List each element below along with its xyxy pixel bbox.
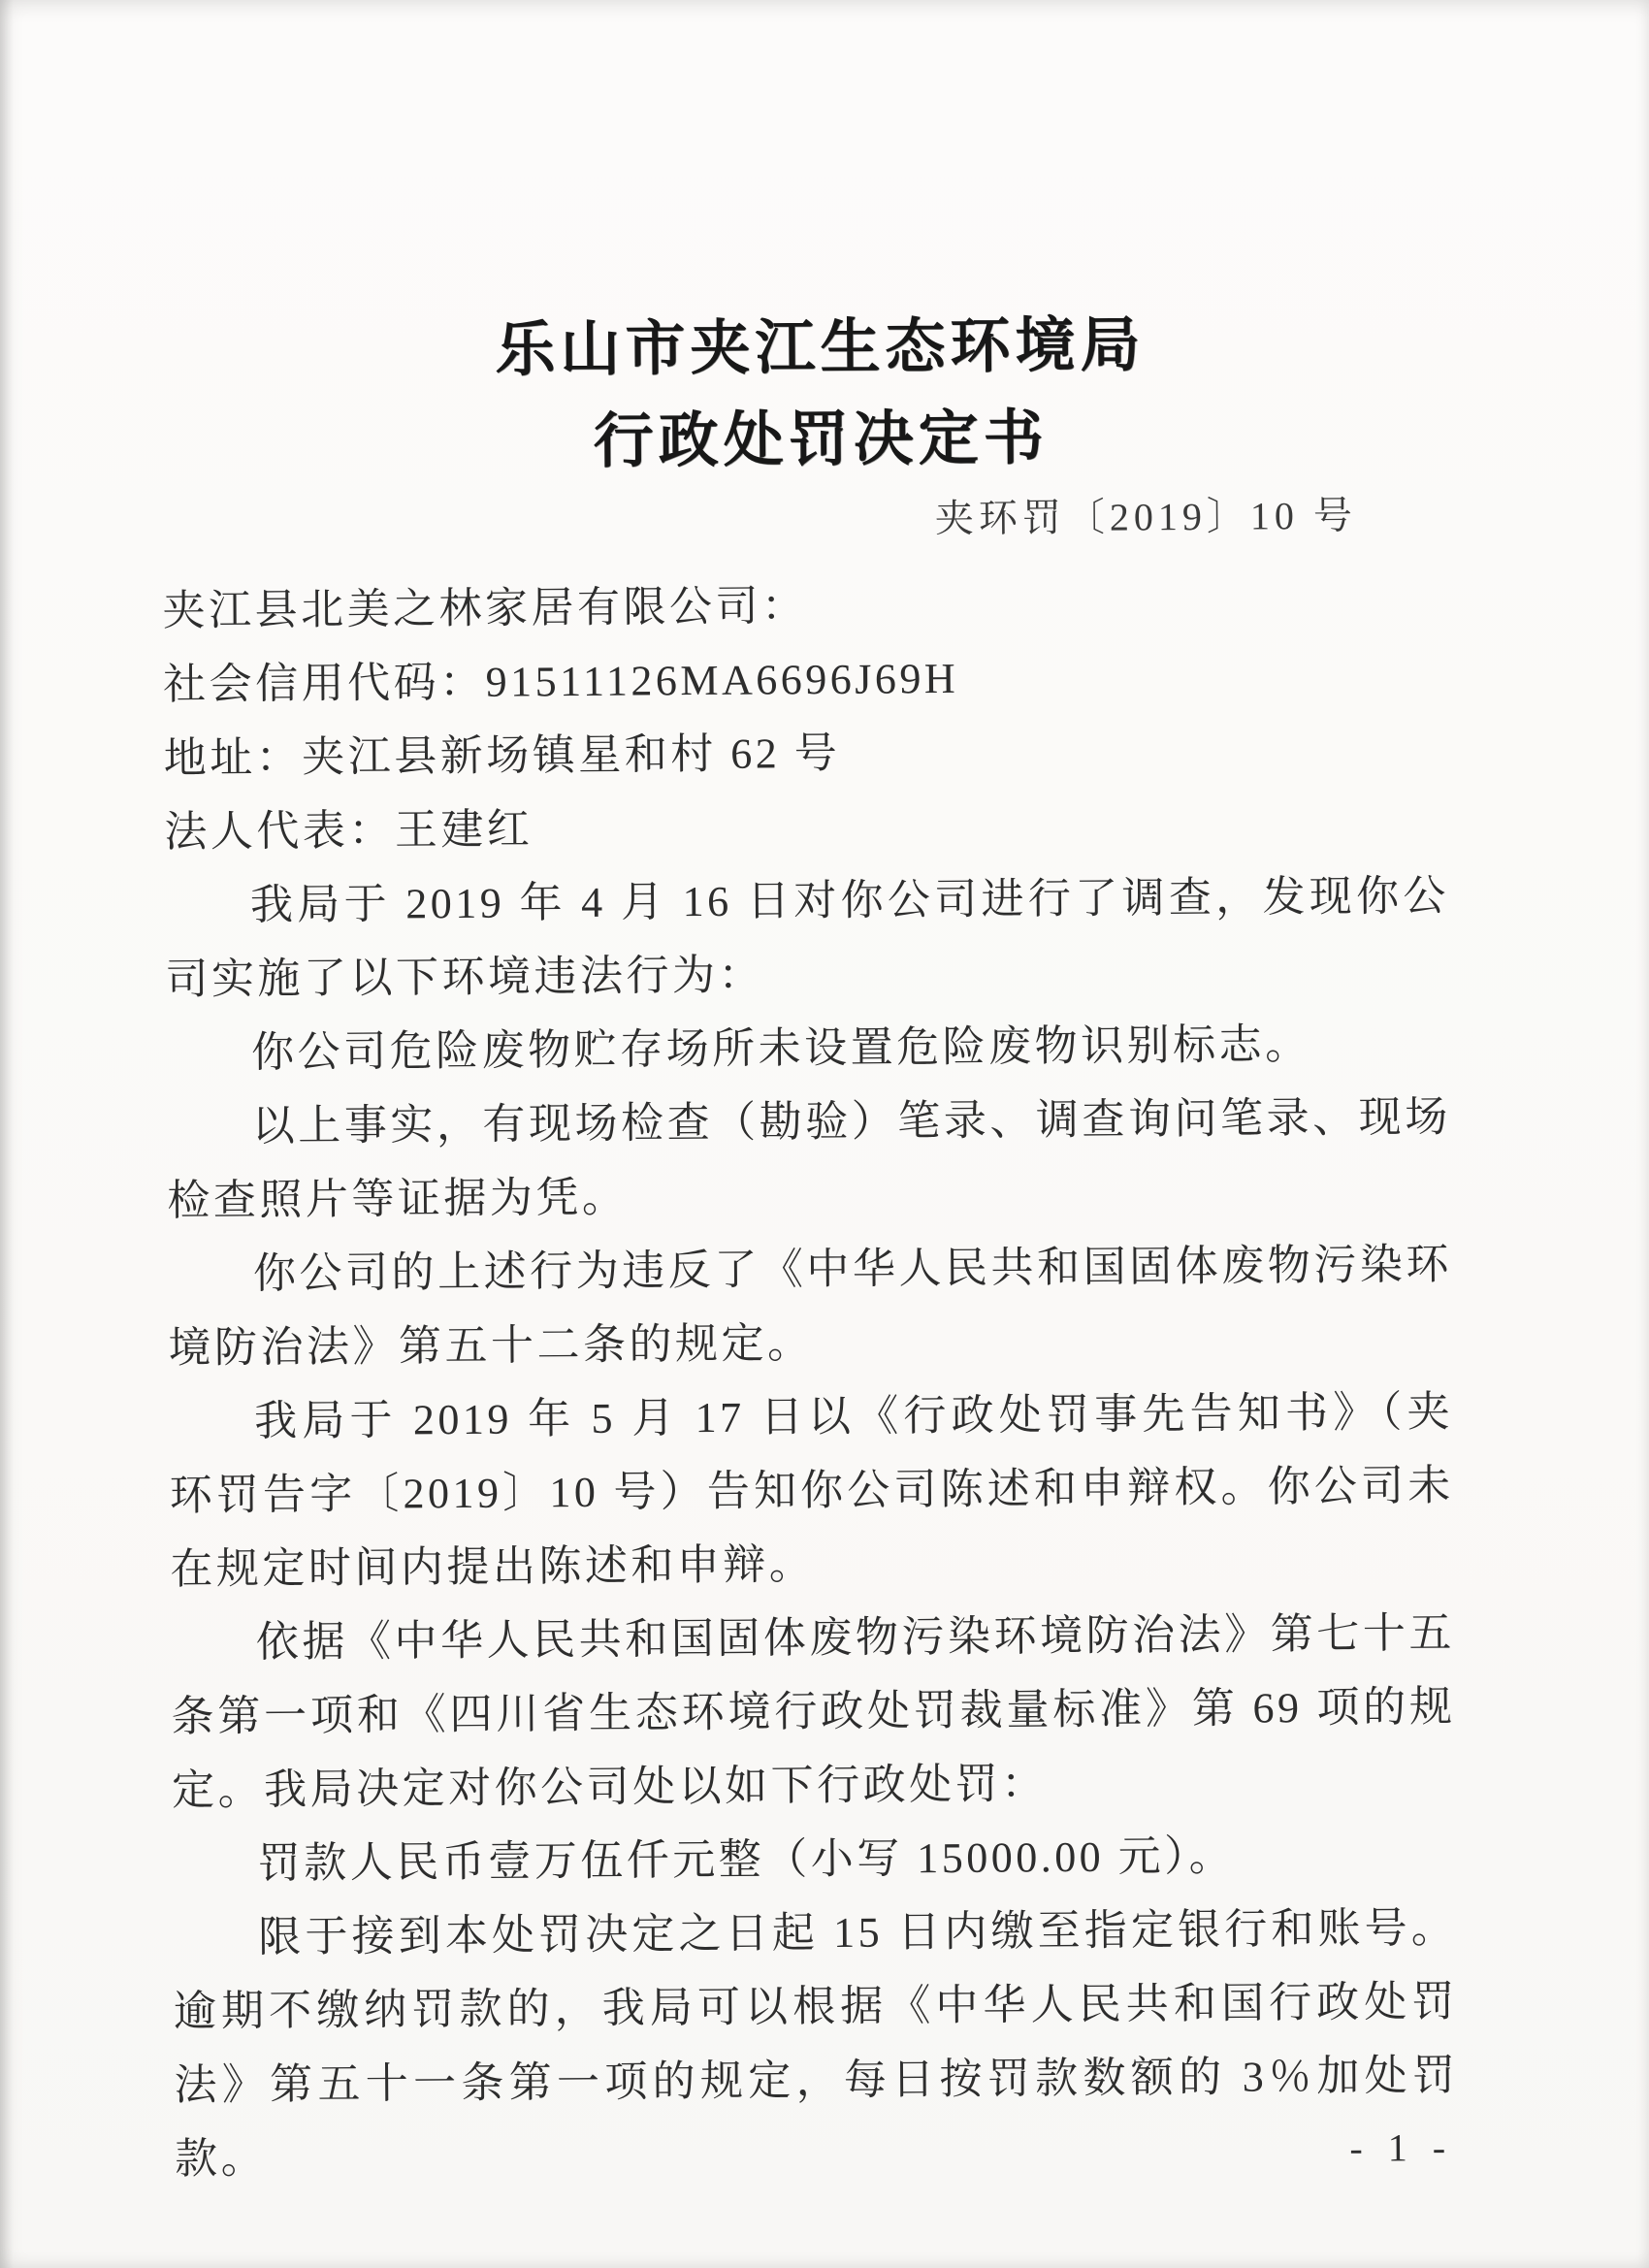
document-reference-number: 夹环罚〔2019〕10 号 (0, 482, 1646, 550)
fine-amount-paragraph: 罚款人民币壹万伍仟元整（小写 15000.00 元）。 (172, 1818, 1457, 1901)
scanned-document-page: 乐山市夹江生态环境局 行政处罚决定书 夹环罚〔2019〕10 号 夹江县北美之林… (0, 0, 1649, 2268)
issuing-authority-title: 乐山市夹江生态环境局 (0, 296, 1645, 401)
legal-representative-line: 法人代表：王建红 (164, 786, 1449, 869)
document-content: 乐山市夹江生态环境局 行政处罚决定书 夹环罚〔2019〕10 号 夹江县北美之林… (0, 0, 1649, 2268)
prior-notice-paragraph: 我局于 2019 年 5 月 17 日以《行政处罚事先告知书》（夹环罚告字〔20… (169, 1376, 1455, 1606)
page-number: - 1 - (1349, 2124, 1453, 2171)
legal-basis-paragraph: 依据《中华人民共和国固体废物污染环境防治法》第七十五条第一项和《四川省生态环境行… (171, 1597, 1457, 1828)
document-body: 夹江县北美之林家居有限公司： 社会信用代码：91511126MA6696J69H… (0, 563, 1649, 2197)
payment-deadline-paragraph: 限于接到本处罚决定之日起 15 日内缴至指定银行和账号。逾期不缴纳罚款的，我局可… (173, 1892, 1459, 2196)
document-type-title: 行政处罚决定书 (0, 388, 1646, 493)
credit-code-line: 社会信用代码：91511126MA6696J69H (163, 638, 1448, 722)
violation-paragraph: 你公司危险废物贮存场所未设置危险废物识别标志。 (166, 1007, 1451, 1090)
evidence-paragraph: 以上事实，有现场检查（勘验）笔录、调查询问笔录、现场检查照片等证据为凭。 (166, 1081, 1451, 1238)
document-header: 乐山市夹江生态环境局 行政处罚决定书 (0, 296, 1646, 493)
recipient-company-line: 夹江县北美之林家居有限公司： (162, 565, 1447, 648)
investigation-paragraph: 我局于 2019 年 4 月 16 日对你公司进行了调查，发现你公司实施了以下环… (165, 859, 1450, 1017)
law-violated-paragraph: 你公司的上述行为违反了《中华人民共和国固体废物污染环境防治法》第五十二条的规定。 (168, 1228, 1453, 1385)
address-line: 地址：夹江县新场镇星和村 62 号 (163, 712, 1448, 795)
